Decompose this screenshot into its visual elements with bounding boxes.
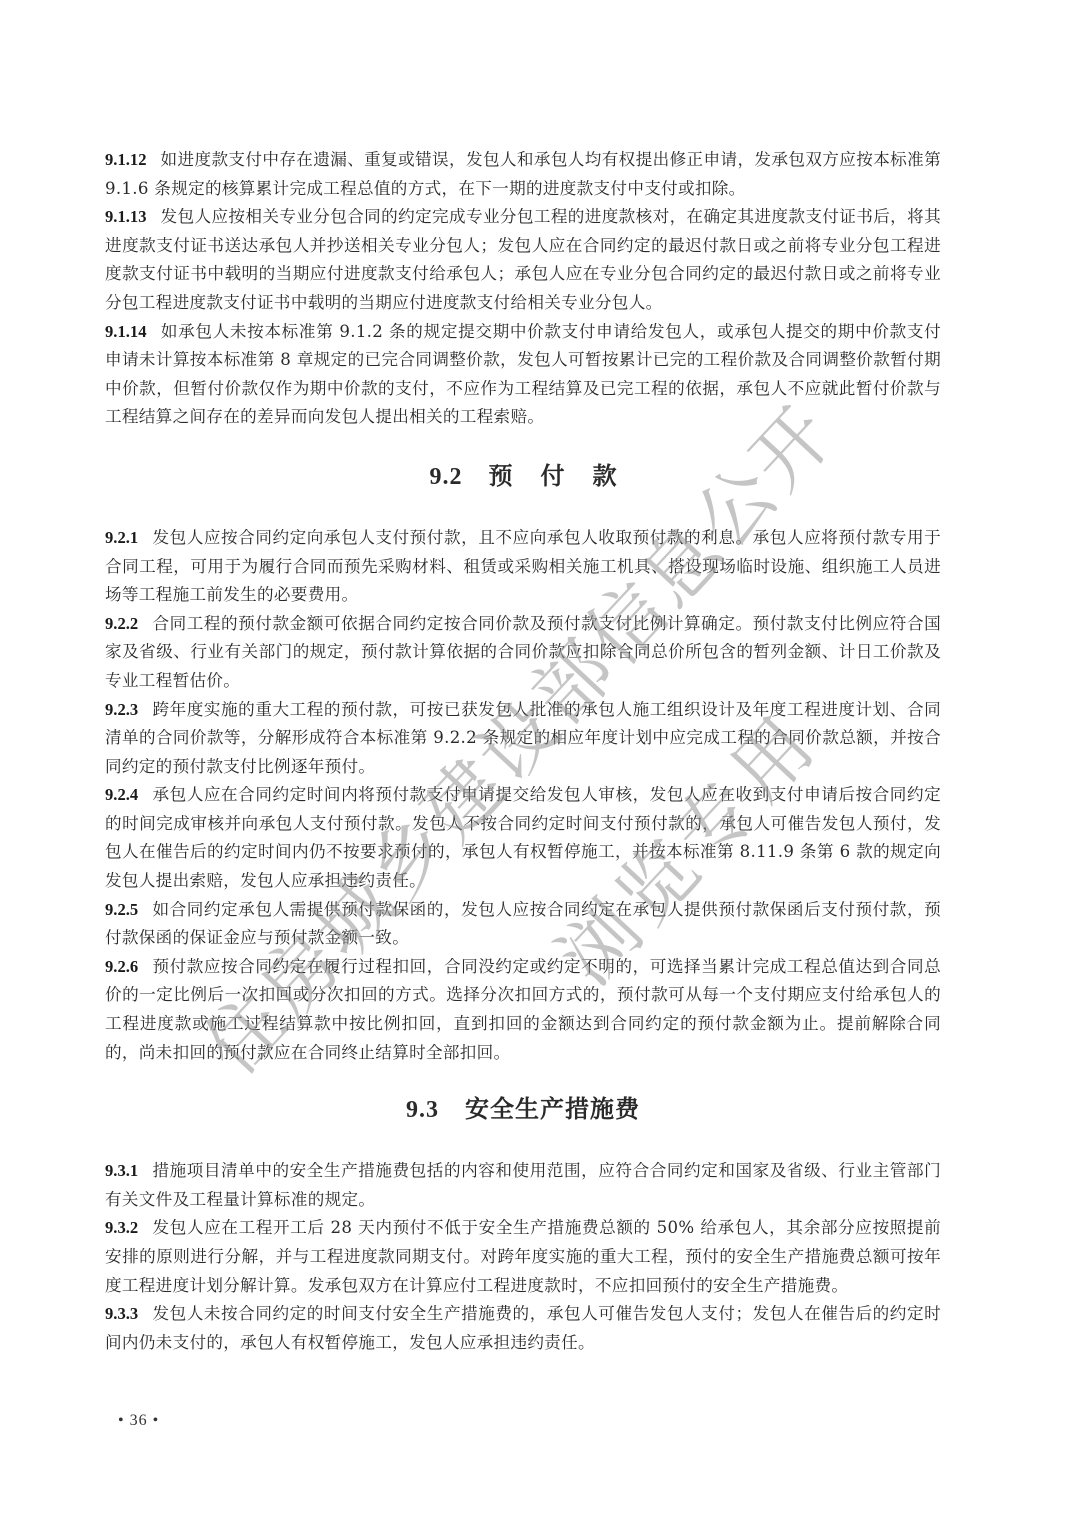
clause-text: 发包人应按相关专业分包合同的约定完成专业分包工程的进度款核对，在确定其进度款支付…: [105, 207, 941, 312]
clause-text: 措施项目清单中的安全生产措施费包括的内容和使用范围，应符合合同约定和国家及省级、…: [105, 1161, 941, 1209]
clause-number: 9.1.12: [105, 150, 146, 169]
clause-9-3-2: 9.3.2发包人应在工程开工后 28 天内预付不低于安全生产措施费总额的 50%…: [105, 1214, 941, 1300]
document-page: 9.1.12如进度款支付中存在遗漏、重复或错误，发包人和承包人均有权提出修正申请…: [105, 146, 941, 1357]
clause-text: 发包人应按合同约定向承包人支付预付款，且不应向承包人收取预付款的利息。承包人应将…: [105, 528, 941, 604]
clause-9-2-2: 9.2.2合同工程的预付款金额可依据合同约定按合同价款及预付款支付比例计算确定。…: [105, 610, 941, 696]
clause-number: 9.1.14: [105, 322, 146, 341]
clause-9-2-5: 9.2.5如合同约定承包人需提供预付款保函的，发包人应按合同约定在承包人提供预付…: [105, 896, 941, 953]
page-number: • 36 •: [118, 1412, 159, 1430]
clause-text: 承包人应在合同约定时间内将预付款支付申请提交给发包人审核，发包人应在收到支付申请…: [105, 785, 941, 890]
section-title-9-3: 9.3安全生产措施费: [105, 1089, 941, 1129]
clause-9-3-1: 9.3.1措施项目清单中的安全生产措施费包括的内容和使用范围，应符合合同约定和国…: [105, 1157, 941, 1214]
clause-text: 跨年度实施的重大工程的预付款，可按已获发包人批准的承包人施工组织设计及年度工程进…: [105, 700, 941, 776]
clause-9-2-4: 9.2.4承包人应在合同约定时间内将预付款支付申请提交给发包人审核，发包人应在收…: [105, 781, 941, 895]
clause-text: 如进度款支付中存在遗漏、重复或错误，发包人和承包人均有权提出修正申请，发承包双方…: [105, 150, 941, 198]
clause-text: 预付款应按合同约定在履行过程扣回，合同没约定或约定不明的，可选择当累计完成工程总…: [105, 957, 941, 1062]
clause-9-2-1: 9.2.1发包人应按合同约定向承包人支付预付款，且不应向承包人收取预付款的利息。…: [105, 524, 941, 610]
clause-number: 9.2.5: [105, 900, 138, 919]
clause-9-1-12: 9.1.12如进度款支付中存在遗漏、重复或错误，发包人和承包人均有权提出修正申请…: [105, 146, 941, 203]
clause-9-2-6: 9.2.6预付款应按合同约定在履行过程扣回，合同没约定或约定不明的，可选择当累计…: [105, 953, 941, 1067]
clause-number: 9.3.1: [105, 1161, 138, 1180]
section-heading-text: 预付款: [489, 461, 645, 490]
section-title-9-2: 9.2预付款: [105, 456, 941, 496]
clause-number: 9.2.4: [105, 785, 138, 804]
clause-number: 9.2.1: [105, 528, 138, 547]
clause-number: 9.3.3: [105, 1304, 138, 1323]
clause-text: 如承包人未按本标准第 9.1.2 条的规定提交期中价款支付申请给发包人，或承包人…: [105, 322, 941, 427]
clause-number: 9.1.13: [105, 207, 146, 226]
clause-number: 9.2.2: [105, 614, 138, 633]
clause-number: 9.2.3: [105, 700, 138, 719]
clause-text: 合同工程的预付款金额可依据合同约定按合同价款及预付款支付比例计算确定。预付款支付…: [105, 614, 941, 690]
clause-text: 发包人应在工程开工后 28 天内预付不低于安全生产措施费总额的 50% 给承包人…: [105, 1218, 941, 1294]
clause-text: 发包人未按合同约定的时间支付安全生产措施费的，承包人可催告发包人支付；发包人在催…: [105, 1304, 941, 1352]
clause-text: 如合同约定承包人需提供预付款保函的，发包人应按合同约定在承包人提供预付款保函后支…: [105, 900, 941, 948]
section-number: 9.3: [406, 1097, 439, 1123]
clause-9-3-3: 9.3.3发包人未按合同约定的时间支付安全生产措施费的，承包人可催告发包人支付；…: [105, 1300, 941, 1357]
clause-9-2-3: 9.2.3跨年度实施的重大工程的预付款，可按已获发包人批准的承包人施工组织设计及…: [105, 696, 941, 782]
clause-9-1-14: 9.1.14如承包人未按本标准第 9.1.2 条的规定提交期中价款支付申请给发包…: [105, 318, 941, 432]
section-heading-text: 安全生产措施费: [465, 1094, 640, 1123]
clause-number: 9.3.2: [105, 1218, 138, 1237]
clause-number: 9.2.6: [105, 957, 138, 976]
section-number: 9.2: [430, 464, 463, 490]
clause-9-1-13: 9.1.13发包人应按相关专业分包合同的约定完成专业分包工程的进度款核对，在确定…: [105, 203, 941, 317]
